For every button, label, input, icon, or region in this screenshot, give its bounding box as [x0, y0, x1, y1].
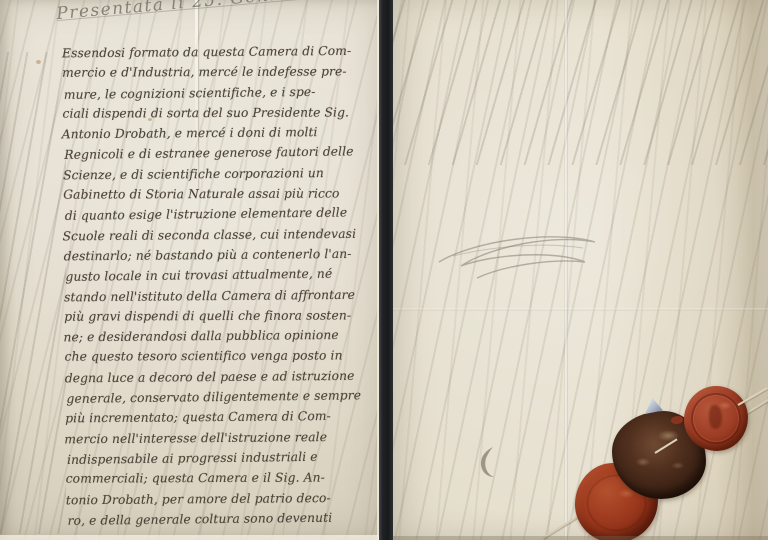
foxing-spot [36, 60, 41, 64]
manuscript-photo-composite: Presentata li 25. Gennaio Essendosi form… [0, 0, 768, 540]
manuscript-line: Scuole reali di seconda classe, cui inte… [62, 223, 374, 246]
show-through-hatching-dense [393, 0, 768, 165]
photo-gap-strip [379, 0, 393, 540]
crescent-mark [475, 444, 499, 480]
manuscript-line: più incrementato; questa Camera di Com- [65, 406, 377, 429]
manuscript-line: Essendosi formato da questa Camera di Co… [62, 41, 374, 64]
left-margin-bleedthrough [0, 52, 66, 534]
right-page-fold-crease-vertical [564, 0, 568, 540]
left-page-photo: Presentata li 25. Gennaio Essendosi form… [0, 0, 379, 540]
manuscript-line: ciali dispendi di sorta del suo Presiden… [62, 102, 374, 124]
manuscript-line: stando nell'istituto della Camera di aff… [64, 284, 376, 307]
show-through-hatching [393, 0, 768, 540]
manuscript-text-block: Essendosi formato da questa Camera di Co… [62, 41, 378, 531]
right-page-photo [393, 0, 768, 540]
manuscript-line: ne; e desiderandosi dalla pubblica opini… [63, 325, 375, 348]
pencil-annotation: Presentata li 25. Gennaio [56, 0, 313, 25]
manuscript-line: mercio e d'Industria, mercé le indefesse… [62, 62, 374, 84]
pencil-scribble [433, 220, 615, 298]
manuscript-line: che questo tesoro scientifico venga post… [65, 346, 377, 368]
manuscript-line: ro, e della generale coltura sono devenu… [67, 507, 379, 531]
manuscript-line: generale, conservato diligentemente e se… [66, 385, 378, 409]
right-page-fold-crease-horizontal [393, 308, 768, 311]
manuscript-line: Scienze, e di scientifiche corporazioni … [63, 162, 375, 185]
red-wax-seal-top [684, 386, 748, 451]
manuscript-line: più gravi dispendi di quelli che finora … [64, 305, 376, 327]
manuscript-line: mure, le cognizioni scientifiche, e i sp… [64, 81, 376, 105]
manuscript-line: gusto locale in cui trovasi attualmente,… [65, 263, 377, 287]
manuscript-line: indispensabile ai progressi industriali … [67, 446, 379, 470]
manuscript-line: commerciali; questa Camera e il Sig. An- [66, 468, 378, 490]
